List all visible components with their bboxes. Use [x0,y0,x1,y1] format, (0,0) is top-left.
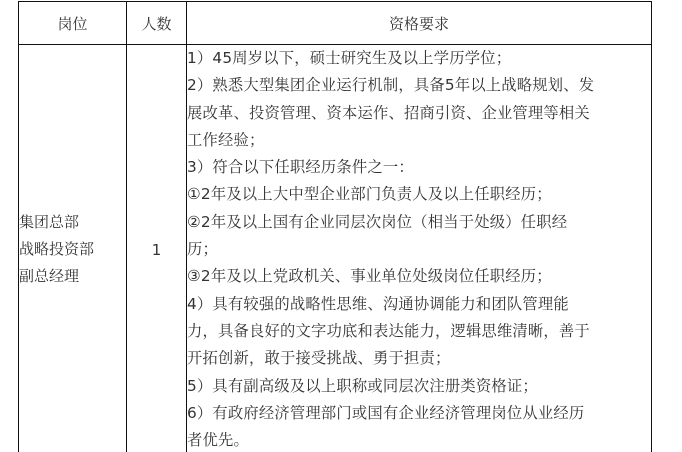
requirements-table: 岗位 人数 资格要求 集团总部 战略投资部 副总经理 1 1）45周岁以下，硕士… [18,1,652,452]
requirements-cell: 1）45周岁以下，硕士研究生及以上学历学位； 2）熟悉大型集团企业运行机制，具备… [187,45,652,452]
requirement-line: 力，具备良好的文字功底和表达能力，逻辑思维清晰，善于 [187,318,651,345]
requirement-line: 1）45周岁以下，硕士研究生及以上学历学位； [187,45,651,72]
position-cell: 集团总部 战略投资部 副总经理 [19,45,127,452]
requirement-line: 开拓创新，敢于接受挑战、勇于担责； [187,345,651,372]
header-requirements: 资格要求 [187,2,652,45]
requirement-line: 6）有政府经济管理部门或国有企业经济管理岗位从业经历 [187,400,651,427]
requirement-line: ①2年及以上大中型企业部门负责人及以上任职经历； [187,181,651,208]
requirement-line: ②2年及以上国有企业同层次岗位（相当于处级）任职经 [187,209,651,236]
requirement-line: 4）具有较强的战略性思维、沟通协调能力和团队管理能 [187,291,651,318]
requirement-line: 3）符合以下任职经历条件之一： [187,154,651,181]
header-count: 人数 [127,2,187,45]
header-row: 岗位 人数 资格要求 [19,2,652,45]
requirement-line: 2）熟悉大型集团企业运行机制，具备5年以上战略规划、发 [187,72,651,99]
position-line: 战略投资部 [19,236,126,263]
requirement-line: 展改革、投资管理、资本运作、招商引资、企业管理等相关 [187,100,651,127]
requirement-line: 者优先。 [187,427,651,452]
requirement-line: 5）具有副高级及以上职称或同层次注册类资格证； [187,373,651,400]
table-row: 集团总部 战略投资部 副总经理 1 1）45周岁以下，硕士研究生及以上学历学位；… [19,45,652,452]
requirement-line: ③2年及以上党政机关、事业单位处级岗位任职经历； [187,263,651,290]
header-position: 岗位 [19,2,127,45]
position-line: 副总经理 [19,263,126,290]
count-cell: 1 [127,45,187,452]
requirement-line: 工作经验； [187,127,651,154]
requirement-line: 历； [187,236,651,263]
position-line: 集团总部 [19,209,126,236]
